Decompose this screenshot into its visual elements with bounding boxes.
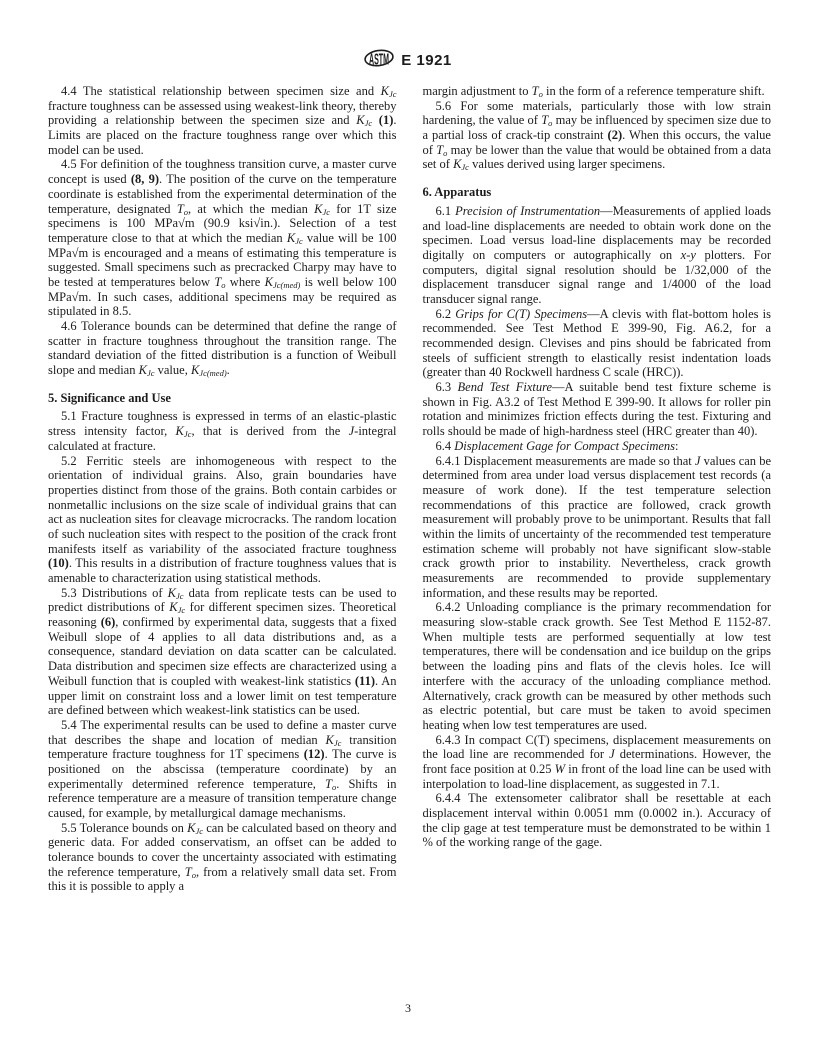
paragraph: 4.4 The statistical relationship between… (48, 84, 397, 157)
astm-logo-icon: ASTM (364, 46, 394, 75)
document-body: 4.4 The statistical relationship between… (48, 84, 771, 894)
page-footer: 3 (0, 1001, 816, 1016)
paragraph: 6.3 Bend Test Fixture—A suitable bend te… (423, 380, 772, 439)
paragraph: 6.4.1 Displacement measurements are made… (423, 454, 772, 601)
standard-code: E 1921 (401, 52, 452, 69)
paragraph: 5.3 Distributions of KJc data from repli… (48, 586, 397, 718)
paragraph: 6.2 Grips for C(T) Specimens—A clevis wi… (423, 307, 772, 380)
paragraph: 6.4.4 The extensometer calibrator shall … (423, 791, 772, 850)
paragraph: 6.4.3 In compact C(T) specimens, displac… (423, 733, 772, 792)
document-page: ASTM E 1921 4.4 The statistical relation… (0, 0, 816, 1056)
paragraph: 4.5 For definition of the toughness tran… (48, 157, 397, 319)
section-heading: 5. Significance and Use (48, 391, 397, 406)
paragraph: 4.6 Tolerance bounds can be determined t… (48, 319, 397, 378)
paragraph: 5.1 Fracture toughness is expressed in t… (48, 409, 397, 453)
paragraph: 6.4 Displacement Gage for Compact Specim… (423, 439, 772, 454)
paragraph: 6.1 Precision of Instrumentation—Measure… (423, 204, 772, 307)
section-heading: 6. Apparatus (423, 185, 772, 200)
paragraph: 6.4.2 Unloading compliance is the primar… (423, 600, 772, 732)
paragraph: margin adjustment to To in the form of a… (423, 84, 772, 99)
left-column: 4.4 The statistical relationship between… (48, 84, 397, 894)
paragraph: 5.6 For some materials, particularly tho… (423, 99, 772, 172)
svg-text:ASTM: ASTM (369, 51, 389, 68)
paragraph: 5.5 Tolerance bounds on KJc can be calcu… (48, 821, 397, 894)
paragraph: 5.2 Ferritic steels are inhomogeneous wi… (48, 454, 397, 586)
right-column: margin adjustment to To in the form of a… (423, 84, 772, 894)
page-number: 3 (405, 1001, 411, 1015)
paragraph: 5.4 The experimental results can be used… (48, 718, 397, 821)
document-header: ASTM E 1921 (0, 46, 816, 75)
